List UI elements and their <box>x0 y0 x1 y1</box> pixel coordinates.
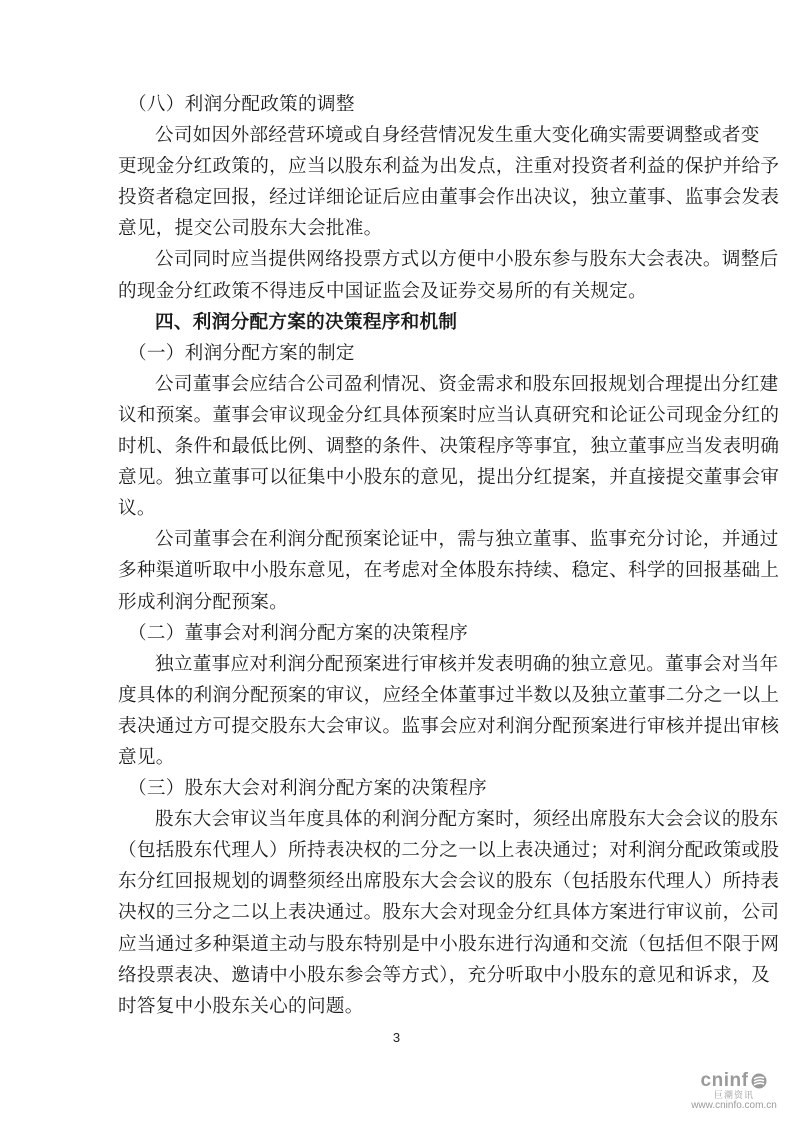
paragraph-line: 东分红回报规划的调整须经出席股东大会会议的股东（包括股东代理人）所持表 <box>118 866 684 897</box>
watermark-logo-text: cninf <box>701 1072 749 1090</box>
paragraph-line: 意见，提交公司股东大会批准。 <box>118 213 684 244</box>
watermark-chinese-name: 巨潮资讯 <box>689 1090 779 1100</box>
section-heading: 四、利润分配方案的决策程序和机制 <box>118 307 684 338</box>
paragraph-line: 公司同时应当提供网络投票方式以方便中小股东参与股东大会表决。调整后 <box>118 244 684 275</box>
document-page: （八）利润分配政策的调整 公司如因外部经营环境或自身经营情况发生重大变化确实需要… <box>118 89 684 1022</box>
paragraph-line: （包括股东代理人）所持表决权的二分之一以上表决通过；对利润分配政策或股 <box>118 835 684 866</box>
paragraph-line: 的现金分红政策不得违反中国证监会及证券交易所的有关规定。 <box>118 276 684 307</box>
paragraph-line: 投资者稳定回报，经过详细论证后应由董事会作出决议，独立董事、监事会发表 <box>118 182 684 213</box>
paragraph-line: 意见。 <box>118 742 684 773</box>
paragraph-line: 独立董事应对利润分配预案进行审核并发表明确的独立意见。董事会对当年 <box>118 649 684 680</box>
paragraph-line: 更现金分红政策的，应当以股东利益为出发点，注重对投资者利益的保护并给予 <box>118 151 684 182</box>
watermark-url: www.cninfo.com.cn <box>689 1100 779 1112</box>
paragraph-line: 议和预案。董事会审议现金分红具体预案时应当认真研究和论证公司现金分红的 <box>118 400 684 431</box>
subheading: （二）董事会对利润分配方案的决策程序 <box>118 618 684 649</box>
subheading: （一）利润分配方案的制定 <box>118 338 684 369</box>
subheading: （八）利润分配政策的调整 <box>118 89 684 120</box>
paragraph-line: 公司董事会在利润分配预案论证中，需与独立董事、监事充分讨论，并通过 <box>118 524 684 555</box>
paragraph-line: 议。 <box>118 493 684 524</box>
watermark-logo: cninf <box>689 1072 779 1090</box>
paragraph-line: 多种渠道听取中小股东意见，在考虑对全体股东持续、稳定、科学的回报基础上 <box>118 555 684 586</box>
paragraph-line: 时机、条件和最低比例、调整的条件、决策程序等事宜，独立董事应当发表明确 <box>118 431 684 462</box>
paragraph-line: 络投票表决、邀请中小股东参会等方式），充分听取中小股东的意见和诉求，及 <box>118 960 684 991</box>
subheading: （三）股东大会对利润分配方案的决策程序 <box>118 773 684 804</box>
paragraph-line: 公司如因外部经营环境或自身经营情况发生重大变化确实需要调整或者变 <box>118 120 684 151</box>
paragraph-line: 决权的三分之二以上表决通过。股东大会对现金分红具体方案进行审议前，公司 <box>118 897 684 928</box>
cninfo-watermark: cninf 巨潮资讯 www.cninfo.com.cn <box>689 1072 779 1112</box>
page-number: 3 <box>0 1030 793 1045</box>
paragraph-line: 意见。独立董事可以征集中小股东的意见，提出分红提案，并直接提交董事会审 <box>118 462 684 493</box>
paragraph-line: 度具体的利润分配预案的审议，应经全体董事过半数以及独立董事二分之一以上 <box>118 680 684 711</box>
paragraph-line: 应当通过多种渠道主动与股东特别是中小股东进行沟通和交流（包括但不限于网 <box>118 929 684 960</box>
paragraph-line: 表决通过方可提交股东大会审议。监事会应对利润分配预案进行审核并提出审核 <box>118 711 684 742</box>
paragraph-line: 形成利润分配预案。 <box>118 587 684 618</box>
paragraph-line: 股东大会审议当年度具体的利润分配方案时，须经出席股东大会会议的股东 <box>118 804 684 835</box>
paragraph-line: 时答复中小股东关心的问题。 <box>118 991 684 1022</box>
cninfo-logo-icon <box>751 1073 767 1089</box>
paragraph-line: 公司董事会应结合公司盈利情况、资金需求和股东回报规划合理提出分红建 <box>118 369 684 400</box>
